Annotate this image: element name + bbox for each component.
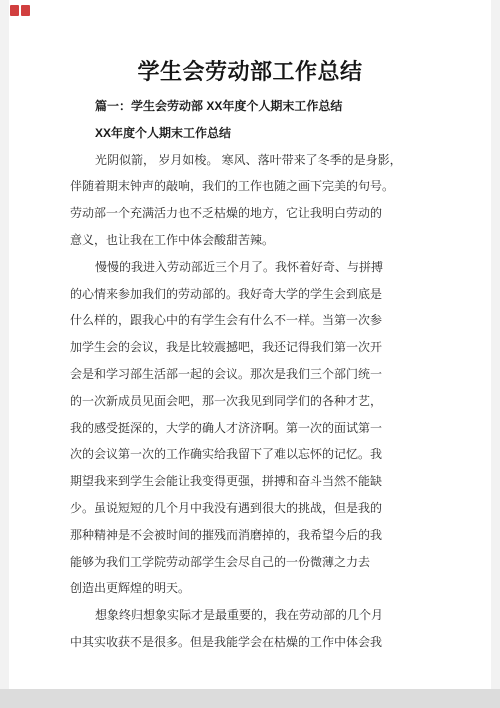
text-line: 会是和学习部生活部一起的会议。那次是我们三个部门统一	[0, 361, 500, 388]
text-line: 的一次新成员见面会吧，那一次我见到同学们的各种才艺，	[0, 388, 500, 415]
text-line: 想象终归想象实际才是最重要的，我在劳动部的几个月	[0, 602, 500, 629]
text-line: 伴随着期末钟声的敲响，我们的工作也随之画下完美的句号。	[0, 173, 500, 200]
text-line: 创造出更辉煌的明天。	[0, 575, 500, 602]
viewer-bottom-band	[0, 689, 500, 708]
text-line: 劳动部一个充满活力也不乏枯燥的地方，它让我明白劳动的	[0, 200, 500, 227]
text-line: 光阴似箭， 岁月如梭。 寒风、落叶带来了冬季的是身影，	[0, 147, 500, 174]
text-line: 中其实收获不是很多。但是我能学会在枯燥的工作中体会我	[0, 629, 500, 656]
text-line: 加学生会的会议，我是比较震撼吧，我还记得我们第一次开	[0, 334, 500, 361]
text-line: 期望我来到学生会能让我变得更强，拼搏和奋斗当然不能缺	[0, 468, 500, 495]
text-line: 什么样的，跟我心中的有学生会有什么不一样。当第一次参	[0, 307, 500, 334]
text-line: 慢慢的我进入劳动部近三个月了。我怀着好奇、与拼搏	[0, 254, 500, 281]
heading-line: 篇一：学生会劳动部 XX年度个人期末工作总结	[0, 93, 500, 120]
text-line: 意义，也让我在工作中体会酸甜苦辣。	[0, 227, 500, 254]
heading-line: XX年度个人期末工作总结	[0, 120, 500, 147]
page-left-edge	[0, 0, 9, 708]
document-page: 学生会劳动部工作总结 篇一：学生会劳动部 XX年度个人期末工作总结XX年度个人期…	[0, 0, 500, 708]
page-right-edge	[491, 0, 500, 708]
text-line: 的心情来参加我们的劳动部的。我好奇大学的学生会到底是	[0, 281, 500, 308]
text-line: 少。虽说短短的几个月中我没有遇到很大的挑战，但是我的	[0, 495, 500, 522]
text-line: 次的会议第一次的工作确实给我留下了难以忘怀的记忆。我	[0, 441, 500, 468]
text-line: 能够为我们工学院劳动部学生会尽自己的一份微薄之力去	[0, 549, 500, 576]
document-title: 学生会劳动部工作总结	[0, 56, 500, 88]
red-corner-mark-icon	[10, 5, 31, 16]
text-line: 那种精神是不会被时间的摧残而消磨掉的，我希望今后的我	[0, 522, 500, 549]
document-body: 篇一：学生会劳动部 XX年度个人期末工作总结XX年度个人期末工作总结光阴似箭， …	[0, 93, 500, 656]
text-line: 我的感受挺深的，大学的确人才济济啊。第一次的面试第一	[0, 415, 500, 442]
